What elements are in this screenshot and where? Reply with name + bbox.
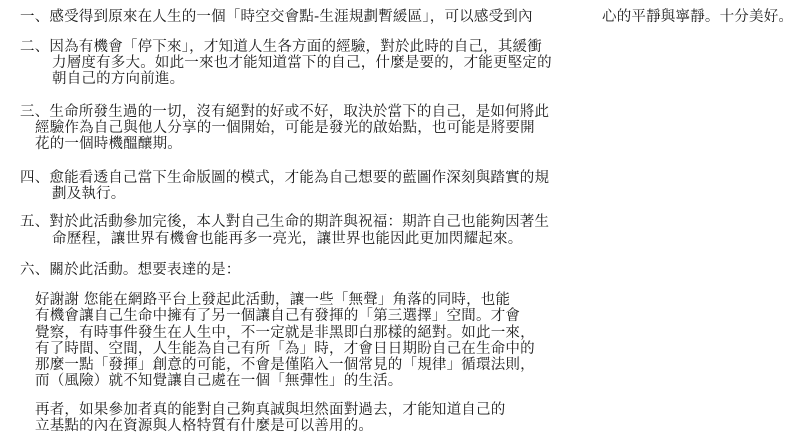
- paragraph-2-line-2: 立基點的內在資源與人格特質有什麼是可以善用的。: [35, 418, 373, 434]
- item-4-line-2: 劃及執行。: [52, 186, 126, 202]
- item-6-heading: 六、關於此活動。想要表達的是：: [20, 262, 241, 278]
- item-3-line-1: 三、生命所發生過的一切，沒有絕對的好或不好，取決於當下的自己，是如何將此: [20, 104, 549, 120]
- paragraph-2-line-1: 再者，如果參加者真的能對自己夠真誠與坦然面對過去，才能知道自己的: [35, 402, 505, 418]
- paragraph-1-line-1: 好謝謝 您能在網路平台上發起此活動，讓一些「無聲」角落的同時，也能: [35, 292, 510, 308]
- paragraph-1-line-3: 覺察，有時事件發生在人生中，不一定就是非黑即白那樣的絕對。如此一來，: [35, 325, 535, 341]
- item-2-line-3: 朝自己的方向前進。: [52, 71, 184, 87]
- item-1-line-1-tail: 心的平靜與寧靜。十分美好。: [602, 9, 793, 25]
- item-2-line-2: 力層度有多大。如此一來也才能知道當下的自己，什麼是要的，才能更堅定的: [52, 55, 552, 71]
- item-1-line-1: 一、感受得到原來在人生的一個「時空交會點-生涯規劃暫緩區」，可以感受到內: [20, 9, 533, 25]
- item-4-line-1: 四、愈能看透自己當下生命版圖的模式，才能為自己想要的藍圖作深刻與踏實的規: [20, 170, 549, 186]
- item-5-line-2: 命歷程，讓世界有機會也能再多一亮光，讓世界也能因此更加閃耀起來。: [52, 231, 522, 247]
- item-5-line-1: 五、對於此活動參加完後，本人對自己生命的期許與祝福：期許自己也能夠因著生: [20, 214, 549, 230]
- paragraph-1-line-2: 有機會讓自己生命中擁有了另一個讓自己有發揮的「第三選擇」空間。才會: [35, 308, 520, 324]
- item-2-line-1: 二、因為有機會「停下來」，才知道人生各方面的經驗，對於此時的自己，其緩衝: [20, 39, 542, 55]
- item-3-line-3: 花的一個時機醞釀期。: [35, 136, 182, 152]
- paragraph-1-line-5: 那麼一點「發揮」創意的可能，不會是僅陷入一個常見的「規律」循環法則，: [35, 357, 535, 373]
- paragraph-1-line-4: 有了時間、空間，人生能為自己有所「為」時，才會日日期盼自己在生命中的: [35, 341, 535, 357]
- paragraph-1-line-6: 而（風險）就不知覺讓自己處在一個「無彈性」的生活。: [35, 373, 403, 389]
- item-3-line-2: 經驗作為自己與他人分享的一個開始，可能是發光的啟始點，也可能是將要開: [35, 120, 535, 136]
